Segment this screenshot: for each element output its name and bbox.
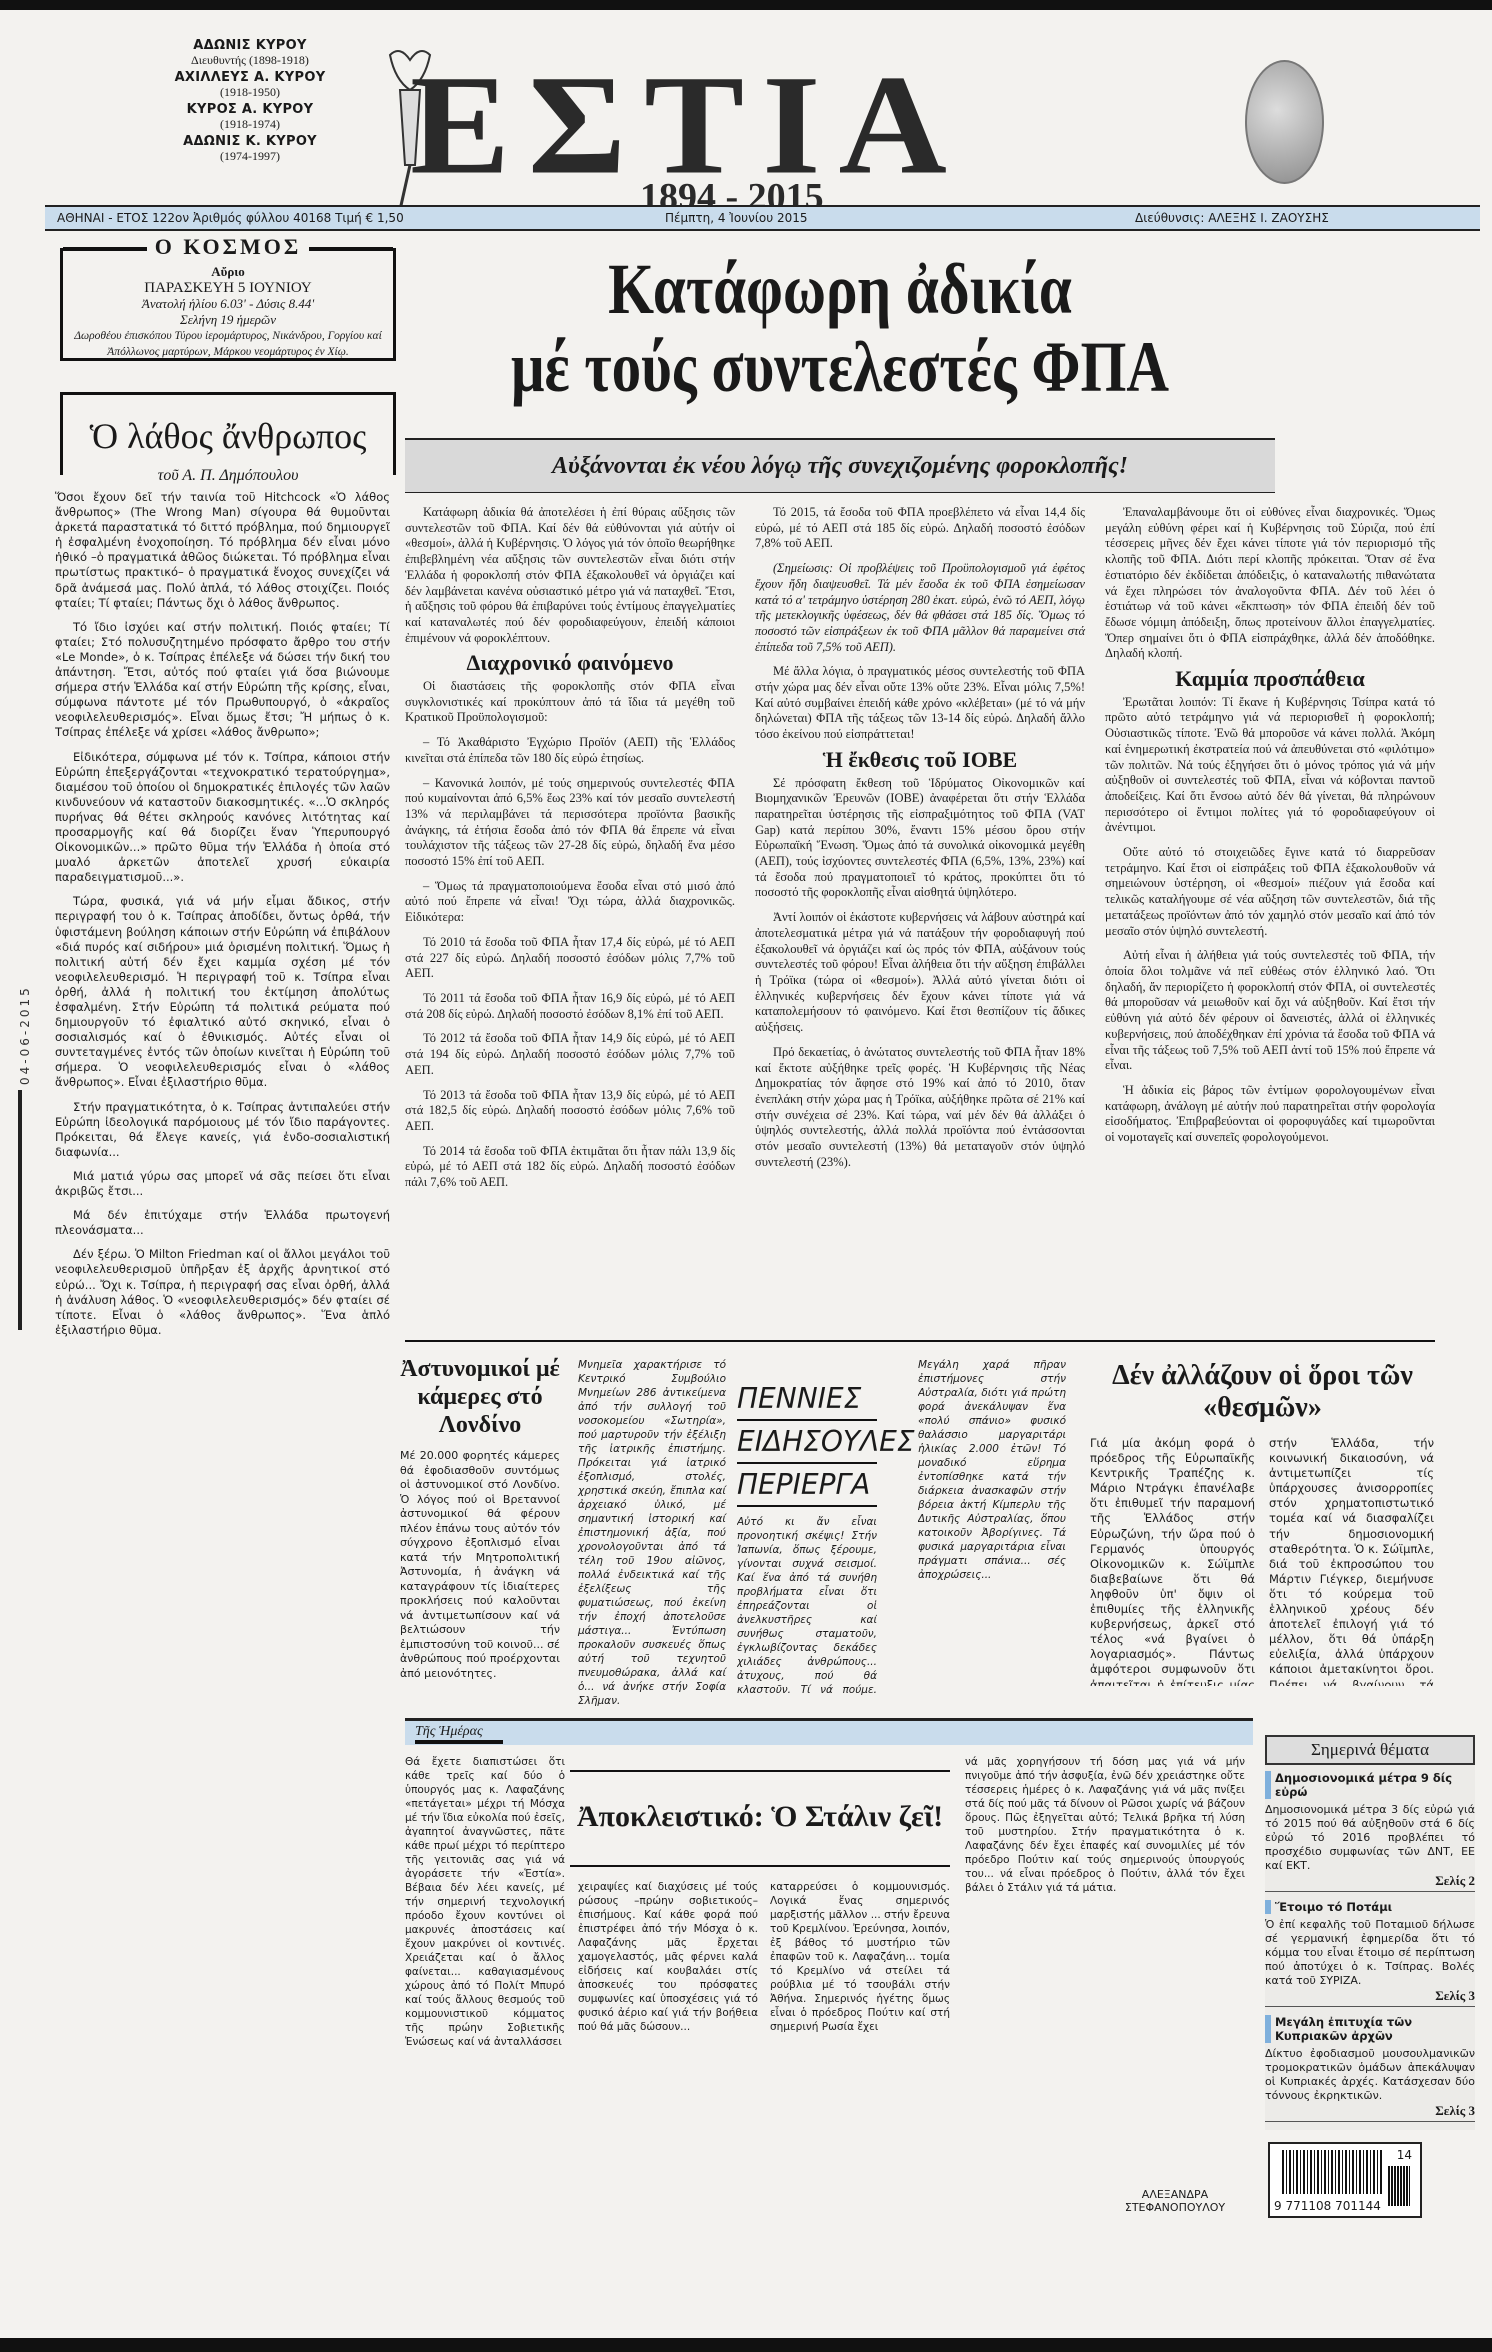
topic-body: Δημοσιονομικά μέτρα 3 δίς εὐρώ γιά τό 20… — [1265, 1803, 1475, 1873]
paragraph: – Ὅμως τά πραγματοποιούμενα ἔσοδα εἶναι … — [405, 879, 735, 926]
opinion-body: Ὅσοι ἔχουν δεῖ τήν ταινία τοῦ Hitchcock … — [55, 490, 390, 2330]
day-section-title: Τῆς Ἡμέρας — [415, 1724, 503, 1744]
section-subhead: Διαχρονικό φαινόμενο — [405, 655, 735, 671]
topic-page[interactable]: Σελίς 2 — [1265, 1873, 1475, 1892]
day-title: Ἀποκλειστικό: Ὁ Στάλιν ζεῖ! — [570, 1800, 950, 1834]
topics-title: Σημερινά θέματα — [1265, 1735, 1475, 1765]
newspaper-logo: ΕΣΤΙΑ — [410, 59, 965, 192]
paragraph: Οὔτε αὐτό τό στοιχειῶδες ἔγινε κατά τό δ… — [1105, 845, 1435, 939]
lead-column-2: Τό 2015, τά ἔσοδα τοῦ ΦΠΑ προεβλέπετο νά… — [755, 505, 1085, 1179]
topics-box: Σημερινά θέματα Δημοσιονομικά μέτρα 9 δί… — [1265, 1735, 1475, 2130]
terms-column-1: Γιά μία ἀκόμη φορά ὁ πρόεδρος τῆς Εὐρωπα… — [1090, 1436, 1255, 1686]
paragraph: Μιά ματιά γύρω σας μπορεῖ νά σᾶς πείσει … — [55, 1169, 390, 1199]
founder-name: ΚΥΡΟΣ Α. ΚΥΡΟΥ — [150, 102, 350, 117]
info-bar: ΑΘΗΝΑΙ - ΕΤΟΣ 122ον Ἀριθμός φύλλου 40168… — [45, 205, 1480, 231]
bullet: Τό 2012 τά ἔσοδα τοῦ ΦΠΑ ἦταν 14,9 δίς ε… — [405, 1031, 735, 1078]
paragraph: Δέν ξέρω. Ὁ Milton Friedman καί οἱ ἄλλοι… — [55, 1247, 390, 1338]
paragraph: Ἀντί λοιπόν οἱ ἑκάστοτε κυβερνήσεις νά λ… — [755, 910, 1085, 1036]
terms-column-2: στήν Ἑλλάδα, τήν κοινωνική δικαιοσύνη, ν… — [1269, 1436, 1434, 1686]
day-column-1: Θά ἔχετε διαπιστώσει ὅτι κάθε τρεῖς καί … — [405, 1755, 565, 2185]
divider — [570, 1770, 950, 1772]
barcode: 9 771108 701144 14 — [1268, 2142, 1422, 2218]
note: (Σημείωσις: Οἱ προβλέψεις τοῦ Προϋπολογι… — [755, 561, 1085, 655]
misc-column-b: Αὐτό κι ἄν εἶναι προνοητική σκέψις! Στήν… — [737, 1515, 877, 1695]
paragraph: Ἡ ἀδικία εἰς βάρος τῶν ἐντίμων φορολογου… — [1105, 1083, 1435, 1146]
cosmos-line: ΠΑΡΑΣΚΕΥΗ 5 ΙΟΥΝΙΟΥ — [63, 280, 393, 296]
cosmos-box: Ο ΚΟΣΜΟΣ Αὔριο ΠΑΡΑΣΚΕΥΗ 5 ΙΟΥΝΙΟΥ Ἀνατο… — [60, 248, 396, 361]
paragraph: Μέ ἄλλα λόγια, ὁ πραγματικός μέσος συντε… — [755, 664, 1085, 743]
opinion-title: Ὁ λάθος ἄνθρωπος — [63, 415, 393, 457]
lead-subheadline: Αὐξάνονται ἐκ νέου λόγῳ τῆς συνεχιζομένη… — [405, 438, 1275, 493]
terms-article: Δέν ἀλλάζουν οἱ ὅροι τῶν «θεσμῶν» Γιά μί… — [1090, 1360, 1435, 1686]
paragraph: Στήν πραγματικότητα, ὁ κ. Τσίπρας ἀντιπα… — [55, 1100, 390, 1160]
bullet: Τό 2010 τά ἔσοδα τοῦ ΦΠΑ ἦταν 17,4 δίς ε… — [405, 935, 735, 982]
topic-page[interactable]: Σελίς 3 — [1265, 1988, 1475, 2007]
paragraph: Ὅσοι ἔχουν δεῖ τήν ταινία τοῦ Hitchcock … — [55, 490, 390, 611]
founders-list: ΑΔΩΝΙΣ ΚΥΡΟΥ Διευθυντής (1898-1918) ΑΧΙΛ… — [150, 38, 350, 166]
paragraph: Εἰδικότερα, σύμφωνα μέ τόν κ. Τσίπρα, κά… — [55, 750, 390, 886]
paragraph: Ἐρωτᾶται λοιπόν: Τί ἔκανε ἡ Κυβέρνησις Τ… — [1105, 695, 1435, 836]
topic-title[interactable]: Ἕτοιμο τό Ποτάμι — [1265, 1900, 1475, 1914]
top-border — [0, 0, 1492, 10]
barcode-number: 9 771108 701144 — [1274, 2199, 1381, 2213]
cosmos-line: Δωροθέου ἐπισκόπου Τύρου ἱερομάρτυρος, Ν… — [63, 328, 393, 360]
cosmos-line: Ἀνατολή ἡλίου 6.03' - Δύσις 8.44' — [63, 296, 393, 312]
terms-title: Δέν ἀλλάζουν οἱ ὅροι τῶν «θεσμῶν» — [1090, 1360, 1435, 1424]
divider — [1090, 1340, 1435, 1342]
founder-name: ΑΧΙΛΛΕΥΣ Α. ΚΥΡΟΥ — [150, 70, 350, 85]
pennies-line: ΕΙΔΗΣΟΥΛΕΣ — [737, 1421, 877, 1464]
topic-title[interactable]: Μεγάλη ἐπιτυχία τῶν Κυπριακῶν ἀρχῶν — [1265, 2015, 1475, 2043]
paragraph: – Τό Ἀκαθάριστο Ἐγχώριο Προϊόν (ΑΕΠ) τῆς… — [405, 735, 735, 766]
masthead: ΕΣΤΙΑ 1894 - 2015 — [410, 30, 1010, 205]
topic-body: Ὁ ἐπί κεφαλῆς τοῦ Ποταμιοῦ δήλωσε σέ γερ… — [1265, 1918, 1475, 1988]
topic-body: Δίκτυο ἐφοδιασμοῦ μουσουλμανικῶν τρομοκρ… — [1265, 2047, 1475, 2103]
paragraph: Μά δέν ἐπιτύχαμε στήν Ἑλλάδα πρωτογενή π… — [55, 1208, 390, 1238]
paragraph: Πρό δεκαετίας, ὁ ἀνώτατος συντελεστής το… — [755, 1045, 1085, 1171]
lead-headline: Κατάφωρη ἀδικία μέ τούς συντελεστές ΦΠΑ — [479, 250, 1201, 406]
day-column-3: καταρρεύσει ὁ κομμουνισμός. Λογικά ἕνας … — [770, 1880, 950, 2185]
cosmos-line: Σελήνη 19 ἡμερῶν — [63, 312, 393, 328]
side-date: 04-06-2015 — [18, 935, 38, 1085]
paragraph: Κατάφωρη ἀδικία θά ἀποτελέσει ἡ ἐπί θύρα… — [405, 505, 735, 646]
divider — [570, 1865, 950, 1867]
day-section-band: Τῆς Ἡμέρας — [405, 1718, 1253, 1745]
bullet: Τό 2011 τά ἔσοδα τοῦ ΦΠΑ ἦταν 16,9 δίς ε… — [405, 991, 735, 1022]
topic-title[interactable]: Δημοσιονομικά μέτρα 9 δίς εὐρώ — [1265, 1771, 1475, 1799]
paragraph: Τώρα, φυσικά, γιά νά μήν εἶμαι ἄδικος, σ… — [55, 894, 390, 1090]
police-body: Μέ 20.000 φορητές κάμερες θά ἐφοδιασθοῦν… — [400, 1449, 560, 1681]
addon-bars-icon — [1388, 2166, 1410, 2206]
topic-page[interactable]: Σελίς 3 — [1265, 2103, 1475, 2122]
barcode-bars-icon — [1282, 2150, 1382, 2194]
founder-name: ΑΔΩΝΙΣ ΚΥΡΟΥ — [150, 38, 350, 53]
paragraph: Οἱ διαστάσεις τῆς φοροκλοπῆς στόν ΦΠΑ εἶ… — [405, 679, 735, 726]
founder-name: ΑΔΩΝΙΣ Κ. ΚΥΡΟΥ — [150, 134, 350, 149]
coin-emblem-icon — [1245, 60, 1324, 184]
side-rule — [18, 1090, 22, 1330]
founder-years: (1918-1974) — [150, 117, 350, 132]
paragraph: Τό ἴδιο ἰσχύει καί στήν πολιτική. Ποιός … — [55, 620, 390, 741]
bottom-border — [0, 2338, 1492, 2352]
misc-column-a: Μνημεῖα χαρακτήρισε τό Κεντρικό Συμβούλι… — [578, 1358, 726, 1708]
director-name: Διεύθυνσις: ΑΛΕΞΗΣ Ι. ΖΑΟΥΣΗΣ — [1135, 211, 1329, 225]
opinion-header: Ὁ λάθος ἄνθρωπος τοῦ Α. Π. Δημόπουλου — [60, 392, 396, 475]
founder-years: Διευθυντής (1898-1918) — [150, 53, 350, 68]
founder-years: (1974-1997) — [150, 149, 350, 164]
pennies-line: ΠΕΝΝΙΕΣ — [737, 1378, 877, 1421]
cosmos-title: Ο ΚΟΣΜΟΣ — [147, 234, 310, 259]
day-column-4: νά μᾶς χορηγήσουν τή δόση μας γιά νά μήν… — [965, 1755, 1245, 2185]
paragraph: Σέ πρόσφατη ἔκθεση τοῦ Ἱδρύματος Οἰκονομ… — [755, 776, 1085, 902]
opinion-byline: τοῦ Α. Π. Δημόπουλου — [150, 467, 307, 484]
section-subhead: Καμμία προσπάθεια — [1105, 671, 1435, 687]
section-subhead: Ἡ ἔκθεσις τοῦ ΙΟΒΕ — [755, 752, 1085, 768]
paragraph: Ἐπαναλαμβάνουμε ὅτι οἱ εὐθύνες εἶναι δια… — [1105, 505, 1435, 662]
cosmos-line: Αὔριο — [63, 264, 393, 280]
day-column-2: χειραψίες καί διαχύσεις μέ τούς ρώσους –… — [578, 1880, 758, 2185]
pennies-title: ΠΕΝΝΙΕΣ ΕΙΔΗΣΟΥΛΕΣ ΠΕΡΙΕΡΓΑ — [737, 1378, 877, 1507]
lead-column-1: Κατάφωρη ἀδικία θά ἀποτελέσει ἡ ἐπί θύρα… — [405, 505, 735, 1200]
issue-date: Πέμπτη, 4 Ἰουνίου 2015 — [665, 211, 808, 225]
police-title: Ἀστυνομικοί μέ κάμερες στό Λονδίνο — [400, 1355, 560, 1439]
bullet: Τό 2014 τά ἔσοδα τοῦ ΦΠΑ ἐκτιμᾶται ὅτι ἦ… — [405, 1144, 735, 1191]
lead-column-3: Ἐπαναλαμβάνουμε ὅτι οἱ εὐθύνες εἶναι δια… — [1105, 505, 1435, 1155]
bullet: Τό 2013 τά ἔσοδα τοῦ ΦΠΑ ἦταν 13,9 δίς ε… — [405, 1088, 735, 1135]
headline-line: μέ τούς συντελεστές ΦΠΑ — [479, 328, 1201, 406]
paragraph: Αὐτή εἶναι ἡ ἀλήθεια γιά τούς συντελεστέ… — [1105, 948, 1435, 1074]
day-author: ΑΛΕΞΑΝΔΡΑ ΣΤΕΦΑΝΟΠΟΥΛΟΥ — [1100, 2188, 1250, 2214]
founder-years: (1918-1950) — [150, 85, 350, 100]
bullet: Τό 2015, τά ἔσοδα τοῦ ΦΠΑ προεβλέπετο νά… — [755, 505, 1085, 552]
headline-line: Κατάφωρη ἀδικία — [479, 250, 1201, 328]
misc-column-c: Μεγάλη χαρά πῆραν ἐπιστήμονες στήν Αὐστρ… — [918, 1358, 1066, 1698]
issue-code: 14 — [1397, 2148, 1412, 2162]
pennies-line: ΠΕΡΙΕΡΓΑ — [737, 1464, 877, 1507]
paragraph: – Κανονικά λοιπόν, μέ τούς σημερινούς συ… — [405, 776, 735, 870]
issue-info: ΑΘΗΝΑΙ - ΕΤΟΣ 122ον Ἀριθμός φύλλου 40168… — [57, 211, 404, 225]
police-article: Ἀστυνομικοί μέ κάμερες στό Λονδίνο Μέ 20… — [400, 1355, 560, 1681]
